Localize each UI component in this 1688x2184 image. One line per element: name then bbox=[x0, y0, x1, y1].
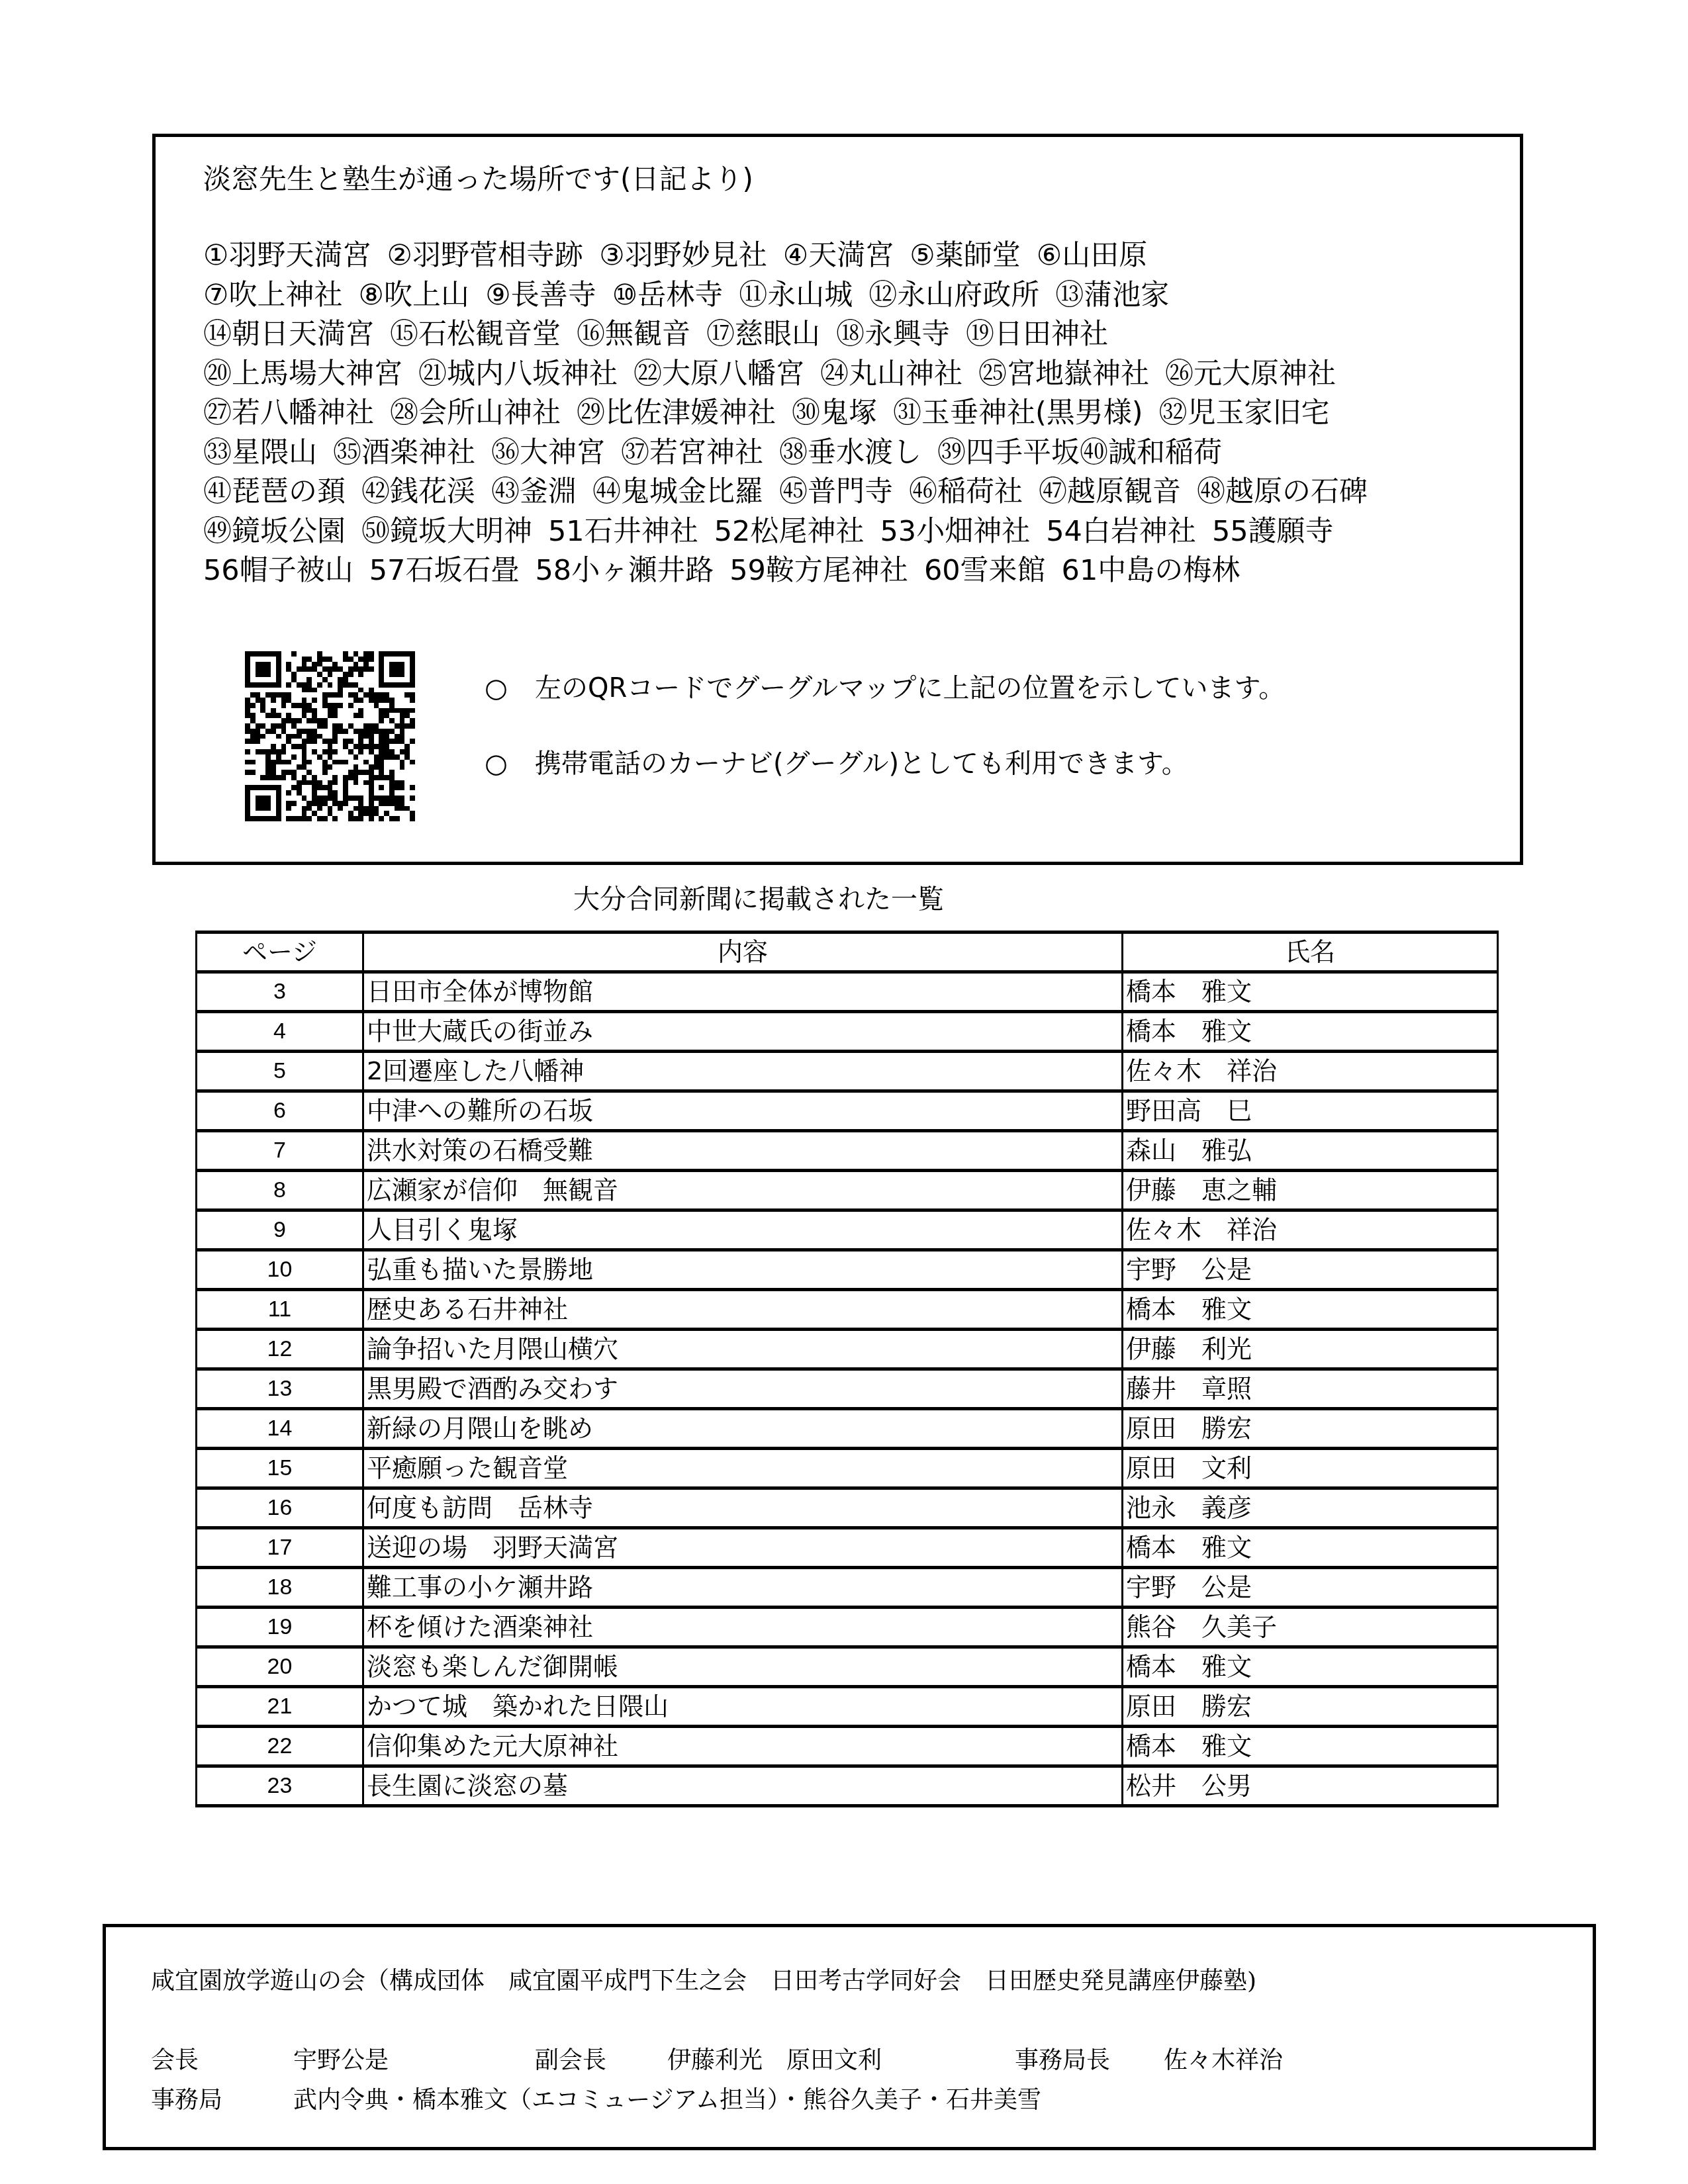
place-item: ㊲若宮神社 bbox=[621, 436, 763, 469]
content-cell: 淡窓も楽しんだ御開帳 bbox=[363, 1647, 1123, 1687]
table-row: 8広瀬家が信仰 無観音伊藤 恵之輔 bbox=[197, 1171, 1498, 1210]
table-row: 52回遷座した八幡神佐々木 祥治 bbox=[197, 1052, 1498, 1091]
name-cell: 松井 公男 bbox=[1123, 1766, 1498, 1806]
table-row: 4中世大蔵氏の街並み橋本 雅文 bbox=[197, 1012, 1498, 1052]
vice-president-names: 伊藤利光 原田文利 bbox=[667, 2046, 882, 2075]
name-cell: 橋本 雅文 bbox=[1123, 1290, 1498, 1330]
content-cell: 長生園に淡窓の墓 bbox=[363, 1766, 1123, 1806]
column-header-content: 内容 bbox=[363, 933, 1123, 972]
page-cell: 22 bbox=[197, 1727, 363, 1766]
page-cell: 3 bbox=[197, 972, 363, 1012]
name-cell: 宇野 公是 bbox=[1123, 1250, 1498, 1290]
place-item: ㉔丸山神社 bbox=[820, 357, 962, 390]
places-title: 淡窓先生と塾生が通った場所です(日記より) bbox=[203, 162, 753, 197]
table-row: 14新緑の月隈山を眺め原田 勝宏 bbox=[197, 1409, 1498, 1449]
places-row: ㉗若八幡神社㉘会所山神社㉙比佐津媛神社㉚鬼塚㉛玉垂神社(黒男様)㉜児玉家旧宅 bbox=[203, 394, 1383, 433]
places-row: ⑳上馬場大神宮㉑城内八坂神社㉒大原八幡宮㉔丸山神社㉕宮地嶽神社㉖元大原神社 bbox=[203, 355, 1383, 394]
name-cell: 伊藤 利光 bbox=[1123, 1330, 1498, 1369]
places-row: ㉝星隈山㉟酒楽神社㊱大神宮㊲若宮神社㊳垂水渡し㊴四手平坂㊵誠和稲荷 bbox=[203, 433, 1383, 473]
place-item: ⑫永山府政所 bbox=[868, 279, 1039, 312]
circle-bullet-icon: ○ bbox=[485, 747, 535, 780]
place-item: ①羽野天満宮 bbox=[203, 239, 371, 272]
place-item: 54白岩神社 bbox=[1046, 515, 1196, 548]
table-row: 21かつて城 築かれた日隈山原田 勝宏 bbox=[197, 1687, 1498, 1727]
name-cell: 野田高 巳 bbox=[1123, 1091, 1498, 1131]
name-cell: 原田 勝宏 bbox=[1123, 1687, 1498, 1727]
table-row: 6中津への難所の石坂野田高 巳 bbox=[197, 1091, 1498, 1131]
place-item: ⑲日田神社 bbox=[966, 318, 1108, 351]
name-cell: 森山 雅弘 bbox=[1123, 1131, 1498, 1171]
page-cell: 19 bbox=[197, 1608, 363, 1647]
places-row: ㊶琵琶の頚㊷銭花渓㊸釜淵㊹鬼城金比羅㊺普門寺㊻稲荷社㊼越原観音㊽越原の石碑 bbox=[203, 473, 1383, 512]
qr-note-text: 左のQRコードでグーグルマップに上記の位置を示しています。 bbox=[535, 673, 1285, 704]
place-item: 59鞍方尾神社 bbox=[729, 554, 908, 587]
place-item: ㉗若八幡神社 bbox=[203, 396, 374, 430]
table-row: 11歴史ある石井神社橋本 雅文 bbox=[197, 1290, 1498, 1330]
page-cell: 12 bbox=[197, 1330, 363, 1369]
place-item: 51石井神社 bbox=[548, 515, 698, 548]
place-item: ⑧吹上山 bbox=[359, 279, 470, 312]
content-cell: 送迎の場 羽野天満宮 bbox=[363, 1528, 1123, 1568]
table-row: 19杯を傾けた酒楽神社熊谷 久美子 bbox=[197, 1608, 1498, 1647]
president-name: 宇野公是 bbox=[293, 2046, 389, 2075]
page-cell: 6 bbox=[197, 1091, 363, 1131]
column-header-page: ページ bbox=[197, 933, 363, 972]
qr-note-map: ○左のQRコードでグーグルマップに上記の位置を示しています。 bbox=[485, 672, 1285, 705]
place-item: ㉙比佐津媛神社 bbox=[577, 396, 776, 430]
content-cell: 日田市全体が博物館 bbox=[363, 972, 1123, 1012]
place-item: 61中島の梅林 bbox=[1062, 554, 1241, 587]
page-cell: 4 bbox=[197, 1012, 363, 1052]
content-cell: 弘重も描いた景勝地 bbox=[363, 1250, 1123, 1290]
page-cell: 23 bbox=[197, 1766, 363, 1806]
name-cell: 熊谷 久美子 bbox=[1123, 1608, 1498, 1647]
articles-table-title: 大分合同新聞に掲載された一覧 bbox=[0, 883, 1517, 916]
place-item: ㉖元大原神社 bbox=[1165, 357, 1336, 390]
table-row: 10弘重も描いた景勝地宇野 公是 bbox=[197, 1250, 1498, 1290]
place-item: ㊾鏡坂公園 bbox=[203, 515, 346, 548]
place-item: ②羽野菅相寺跡 bbox=[387, 239, 584, 272]
secretariat-label: 事務局 bbox=[151, 2086, 222, 2115]
place-item: ㉑城内八坂神社 bbox=[418, 357, 618, 390]
name-cell: 池永 義彦 bbox=[1123, 1488, 1498, 1528]
place-item: ⑦吹上神社 bbox=[203, 279, 343, 312]
page-cell: 5 bbox=[197, 1052, 363, 1091]
name-cell: 橋本 雅文 bbox=[1123, 1528, 1498, 1568]
table-row: 3日田市全体が博物館橋本 雅文 bbox=[197, 972, 1498, 1012]
places-list: ①羽野天満宮②羽野菅相寺跡③羽野妙見社④天満宮⑤薬師堂⑥山田原⑦吹上神社⑧吹上山… bbox=[203, 236, 1383, 591]
content-cell: 広瀬家が信仰 無観音 bbox=[363, 1171, 1123, 1210]
place-item: ㊶琵琶の頚 bbox=[203, 475, 346, 508]
table-header-row: ページ 内容 氏名 bbox=[197, 933, 1498, 972]
place-item: ㉘会所山神社 bbox=[390, 396, 561, 430]
content-cell: 人目引く鬼塚 bbox=[363, 1210, 1123, 1250]
content-cell: 難工事の小ケ瀬井路 bbox=[363, 1568, 1123, 1608]
page-cell: 7 bbox=[197, 1131, 363, 1171]
place-item: ㊷銭花渓 bbox=[361, 475, 475, 508]
name-cell: 橋本 雅文 bbox=[1123, 1012, 1498, 1052]
places-row: ①羽野天満宮②羽野菅相寺跡③羽野妙見社④天満宮⑤薬師堂⑥山田原 bbox=[203, 236, 1383, 276]
name-cell: 橋本 雅文 bbox=[1123, 1727, 1498, 1766]
place-item: 55護願寺 bbox=[1212, 515, 1334, 548]
places-row: ⑦吹上神社⑧吹上山⑨長善寺⑩岳林寺⑪永山城⑫永山府政所⑬蒲池家 bbox=[203, 276, 1383, 316]
name-cell: 橋本 雅文 bbox=[1123, 1647, 1498, 1687]
place-item: ㊴四手平坂㊵誠和稲荷 bbox=[937, 436, 1222, 469]
name-cell: 宇野 公是 bbox=[1123, 1568, 1498, 1608]
place-item: ⑤薬師堂 bbox=[910, 239, 1021, 272]
secretariat-members: 武内令典・橋本雅文（エコミュージアム担当）・熊谷久美子・石井美雪 bbox=[293, 2086, 1041, 2115]
place-item: ㊳垂水渡し bbox=[779, 436, 921, 469]
content-cell: 平癒願った観音堂 bbox=[363, 1449, 1123, 1488]
place-item: 57石坂石畳 bbox=[369, 554, 520, 587]
name-cell: 原田 文利 bbox=[1123, 1449, 1498, 1488]
table-row: 22信仰集めた元大原神社橋本 雅文 bbox=[197, 1727, 1498, 1766]
place-item: ⑬蒲池家 bbox=[1055, 279, 1169, 312]
name-cell: 伊藤 恵之輔 bbox=[1123, 1171, 1498, 1210]
page-cell: 15 bbox=[197, 1449, 363, 1488]
places-row: ⑭朝日天満宮⑮石松観音堂⑯無観音⑰慈眼山⑱永興寺⑲日田神社 bbox=[203, 315, 1383, 355]
place-item: ⑩岳林寺 bbox=[612, 279, 724, 312]
places-row: 56帽子被山57石坂石畳58小ヶ瀬井路59鞍方尾神社60雪来館61中島の梅林 bbox=[203, 551, 1383, 591]
table-row: 17送迎の場 羽野天満宮橋本 雅文 bbox=[197, 1528, 1498, 1568]
page-cell: 13 bbox=[197, 1369, 363, 1409]
page-cell: 14 bbox=[197, 1409, 363, 1449]
content-cell: 中津への難所の石坂 bbox=[363, 1091, 1123, 1131]
table-row: 12論争招いた月隈山横穴伊藤 利光 bbox=[197, 1330, 1498, 1369]
page-cell: 21 bbox=[197, 1687, 363, 1727]
qr-note-navigation: ○携帯電話のカーナビ(グーグル)としても利用できます。 bbox=[485, 747, 1188, 780]
place-item: ⑪永山城 bbox=[739, 279, 853, 312]
place-item: ㊱大神宮 bbox=[491, 436, 605, 469]
name-cell: 橋本 雅文 bbox=[1123, 972, 1498, 1012]
name-cell: 佐々木 祥治 bbox=[1123, 1210, 1498, 1250]
place-item: 53小畑神社 bbox=[880, 515, 1030, 548]
places-row: ㊾鏡坂公園㊿鏡坂大明神51石井神社52松尾神社53小畑神社54白岩神社55護願寺 bbox=[203, 512, 1383, 552]
table-row: 18難工事の小ケ瀬井路宇野 公是 bbox=[197, 1568, 1498, 1608]
place-item: ㉝星隈山 bbox=[203, 436, 317, 469]
place-item: ㊸釜淵 bbox=[491, 475, 577, 508]
page-cell: 8 bbox=[197, 1171, 363, 1210]
page-cell: 20 bbox=[197, 1647, 363, 1687]
vice-president-label: 副会長 bbox=[535, 2046, 606, 2075]
place-item: ⑯無観音 bbox=[577, 318, 690, 351]
content-cell: かつて城 築かれた日隈山 bbox=[363, 1687, 1123, 1727]
qr-code-graphic bbox=[245, 651, 415, 821]
column-header-name: 氏名 bbox=[1123, 933, 1498, 972]
table-row: 23長生園に淡窓の墓松井 公男 bbox=[197, 1766, 1498, 1806]
name-cell: 原田 勝宏 bbox=[1123, 1409, 1498, 1449]
place-item: ㉛玉垂神社(黒男様) bbox=[893, 396, 1143, 430]
page-cell: 17 bbox=[197, 1528, 363, 1568]
page-cell: 10 bbox=[197, 1250, 363, 1290]
content-cell: 歴史ある石井神社 bbox=[363, 1290, 1123, 1330]
name-cell: 藤井 章照 bbox=[1123, 1369, 1498, 1409]
place-item: ⑰慈眼山 bbox=[706, 318, 820, 351]
table-row: 9人目引く鬼塚佐々木 祥治 bbox=[197, 1210, 1498, 1250]
page-cell: 11 bbox=[197, 1290, 363, 1330]
place-item: ⑳上馬場大神宮 bbox=[203, 357, 402, 390]
articles-table: ページ 内容 氏名 3日田市全体が博物館橋本 雅文4中世大蔵氏の街並み橋本 雅文… bbox=[195, 931, 1499, 1807]
organization-line: 咸宜園放学遊山の会（構成団体 咸宜園平成門下生之会 日田考古学同好会 日田歴史発… bbox=[151, 1967, 1256, 1996]
place-item: ㊺普門寺 bbox=[779, 475, 893, 508]
place-item: ⑱永興寺 bbox=[836, 318, 950, 351]
place-item: ⑮石松観音堂 bbox=[390, 318, 561, 351]
content-cell: 杯を傾けた酒楽神社 bbox=[363, 1608, 1123, 1647]
name-cell: 佐々木 祥治 bbox=[1123, 1052, 1498, 1091]
place-item: ㊽越原の石碑 bbox=[1197, 475, 1368, 508]
place-item: ㊻稲荷社 bbox=[909, 475, 1023, 508]
content-cell: 何度も訪問 岳林寺 bbox=[363, 1488, 1123, 1528]
table-row: 20淡窓も楽しんだ御開帳橋本 雅文 bbox=[197, 1647, 1498, 1687]
qr-code-icon[interactable] bbox=[245, 651, 415, 821]
place-item: ㉚鬼塚 bbox=[792, 396, 877, 430]
content-cell: 中世大蔵氏の街並み bbox=[363, 1012, 1123, 1052]
content-cell: 洪水対策の石橋受難 bbox=[363, 1131, 1123, 1171]
content-cell: 論争招いた月隈山横穴 bbox=[363, 1330, 1123, 1369]
place-item: ㊼越原観音 bbox=[1039, 475, 1181, 508]
place-item: ⑥山田原 bbox=[1037, 239, 1148, 272]
content-cell: 信仰集めた元大原神社 bbox=[363, 1727, 1123, 1766]
place-item: ㉟酒楽神社 bbox=[333, 436, 475, 469]
footer-box: 咸宜園放学遊山の会（構成団体 咸宜園平成門下生之会 日田考古学同好会 日田歴史発… bbox=[103, 1924, 1596, 2150]
place-item: ㉕宮地嶽神社 bbox=[978, 357, 1149, 390]
page-cell: 9 bbox=[197, 1210, 363, 1250]
place-item: ④天満宮 bbox=[783, 239, 894, 272]
place-item: ㊿鏡坂大明神 bbox=[361, 515, 532, 548]
table-row: 7洪水対策の石橋受難森山 雅弘 bbox=[197, 1131, 1498, 1171]
page-cell: 16 bbox=[197, 1488, 363, 1528]
secretary-general-name: 佐々木祥治 bbox=[1164, 2046, 1283, 2075]
place-item: ⑭朝日天満宮 bbox=[203, 318, 374, 351]
content-cell: 2回遷座した八幡神 bbox=[363, 1052, 1123, 1091]
place-item: ⑨長善寺 bbox=[485, 279, 596, 312]
place-item: ③羽野妙見社 bbox=[599, 239, 767, 272]
place-item: 58小ヶ瀬井路 bbox=[535, 554, 714, 587]
secretary-general-label: 事務局長 bbox=[1015, 2046, 1110, 2075]
content-cell: 新緑の月隈山を眺め bbox=[363, 1409, 1123, 1449]
circle-bullet-icon: ○ bbox=[485, 672, 535, 705]
place-item: 60雪来館 bbox=[924, 554, 1046, 587]
place-item: ㉜児玉家旧宅 bbox=[1159, 396, 1330, 430]
content-cell: 黒男殿で酒酌み交わす bbox=[363, 1369, 1123, 1409]
place-item: 52松尾神社 bbox=[714, 515, 865, 548]
table-row: 16何度も訪問 岳林寺池永 義彦 bbox=[197, 1488, 1498, 1528]
page-cell: 18 bbox=[197, 1568, 363, 1608]
place-item: 56帽子被山 bbox=[203, 554, 353, 587]
place-item: ㉒大原八幡宮 bbox=[633, 357, 804, 390]
president-label: 会長 bbox=[151, 2046, 199, 2075]
table-row: 13黒男殿で酒酌み交わす藤井 章照 bbox=[197, 1369, 1498, 1409]
qr-note-text: 携帯電話のカーナビ(グーグル)としても利用できます。 bbox=[535, 749, 1188, 779]
table-row: 15平癒願った観音堂原田 文利 bbox=[197, 1449, 1498, 1488]
places-box: 淡窓先生と塾生が通った場所です(日記より) ①羽野天満宮②羽野菅相寺跡③羽野妙見… bbox=[152, 134, 1523, 865]
place-item: ㊹鬼城金比羅 bbox=[592, 475, 763, 508]
